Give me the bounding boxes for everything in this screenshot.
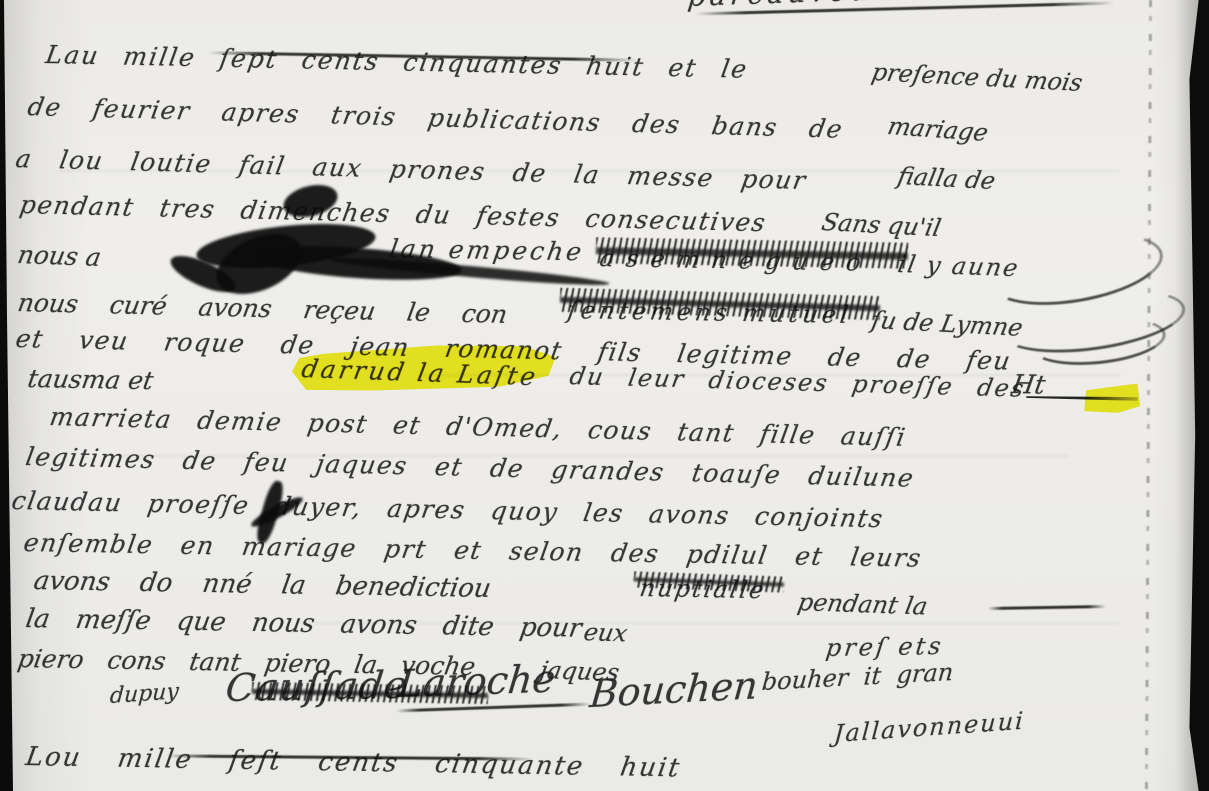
manuscript-line: bouher it gran xyxy=(761,658,955,696)
scan-left-edge xyxy=(0,0,15,791)
manuscript-line: Sans qu'il xyxy=(819,208,943,242)
manuscript-line: pendant tres dimenches du festes consecu… xyxy=(18,190,769,237)
manuscript-line: Lau mille ſept cents cinquantes huit et … xyxy=(44,40,751,84)
signature: Jallavonneuui xyxy=(833,707,1026,749)
page-fold-line xyxy=(1145,0,1152,791)
manuscript-line: nous a xyxy=(15,240,103,272)
manuscript-line: Ht xyxy=(1010,370,1048,400)
scribble-strikeout xyxy=(596,237,908,268)
manuscript-line: avons do nné la benedictiou xyxy=(32,566,493,604)
pen-stroke xyxy=(988,605,1106,610)
manuscript-line: marrieta demie post et d'Omed, cous tant… xyxy=(48,402,909,452)
manuscript-line: tausma et xyxy=(26,364,156,395)
manuscript-line: pendant la xyxy=(796,588,930,620)
manuscript-scan-page: parcauvou eusu Lau mille ſept cents cinq… xyxy=(0,0,1209,791)
signature: dupuy xyxy=(109,679,180,709)
manuscript-line: eux xyxy=(582,618,630,647)
signature: Bouchen xyxy=(588,663,760,716)
manuscript-line: fialla de xyxy=(895,162,997,195)
manuscript-line: preſ ets xyxy=(824,632,945,662)
manuscript-line: legitimes de feu jaques et de grandes to… xyxy=(24,442,917,493)
manuscript-line: mariage xyxy=(885,112,991,147)
manuscript-line: la meſſe que nous avons dite pour xyxy=(24,604,584,644)
manuscript-line: nous curé avons reçeu le con xyxy=(16,288,510,329)
manuscript-line: claudau proeſſe duyer, apres quoy les av… xyxy=(10,486,886,533)
manuscript-line: de feurier apres trois publications des … xyxy=(26,92,846,144)
manuscript-line: enſemble en mariage prt et selon des pdi… xyxy=(22,528,924,573)
manuscript-line: preſence du mois xyxy=(869,58,1085,97)
manuscript-line: Lou mille ſeſt cents cinquante huit xyxy=(24,742,684,783)
manuscript-line: a lou loutie fail aux prones de la messe… xyxy=(14,144,809,195)
